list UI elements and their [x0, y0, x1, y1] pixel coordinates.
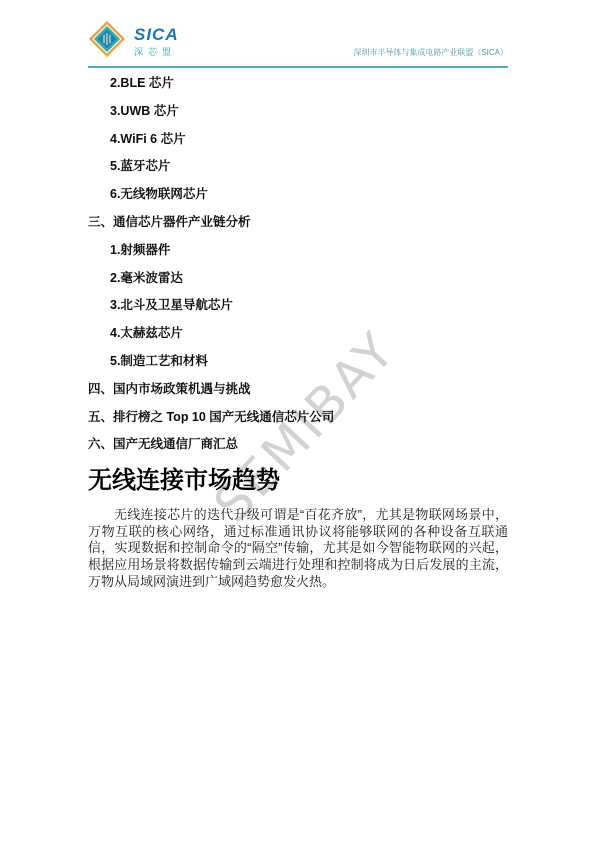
document-page: SEMIBAY SICA 深芯盟 [0, 0, 595, 842]
toc-item: 1.射频器件 [88, 244, 508, 257]
toc-list: 2.BLE 芯片3.UWB 芯片4.WiFi 6 芯片5.蓝牙芯片6.无线物联网… [88, 77, 508, 451]
toc-item: 五、排行榜之 Top 10 国产无线通信芯片公司 [88, 411, 508, 424]
logo-wordmark: SICA 深芯盟 [134, 26, 179, 58]
toc-item: 5.制造工艺和材料 [88, 355, 508, 368]
toc-item: 2.BLE 芯片 [88, 77, 508, 90]
toc-item: 6.无线物联网芯片 [88, 188, 508, 201]
toc-item: 三、通信芯片器件产业链分析 [88, 216, 508, 229]
toc-item: 六、国产无线通信厂商汇总 [88, 438, 508, 451]
page-header: SICA 深芯盟 深圳市半导体与集成电路产业联盟（SICA） [88, 25, 508, 63]
sica-logo: SICA 深芯盟 [88, 20, 179, 63]
organization-name: 深圳市半导体与集成电路产业联盟（SICA） [353, 47, 508, 63]
section-paragraph: 无线连接芯片的迭代升级可谓是“百花齐放”，尤其是物联网场景中，万物互联的核心网络… [88, 507, 508, 590]
toc-item: 4.太赫兹芯片 [88, 327, 508, 340]
toc-item: 3.北斗及卫星导航芯片 [88, 299, 508, 312]
header-divider [88, 66, 508, 68]
toc-item: 5.蓝牙芯片 [88, 160, 508, 173]
toc-item: 2.毫米波雷达 [88, 272, 508, 285]
toc-item: 四、国内市场政策机遇与挑战 [88, 383, 508, 396]
section-title: 无线连接市场趋势 [88, 466, 508, 496]
page-content: SICA 深芯盟 深圳市半导体与集成电路产业联盟（SICA） 2.BLE 芯片3… [88, 25, 508, 590]
toc-item: 3.UWB 芯片 [88, 105, 508, 118]
sica-diamond-chip-icon [88, 20, 126, 63]
toc-item: 4.WiFi 6 芯片 [88, 133, 508, 146]
logo-sica-text: SICA [134, 26, 179, 43]
logo-chinese-text: 深芯盟 [134, 45, 179, 58]
